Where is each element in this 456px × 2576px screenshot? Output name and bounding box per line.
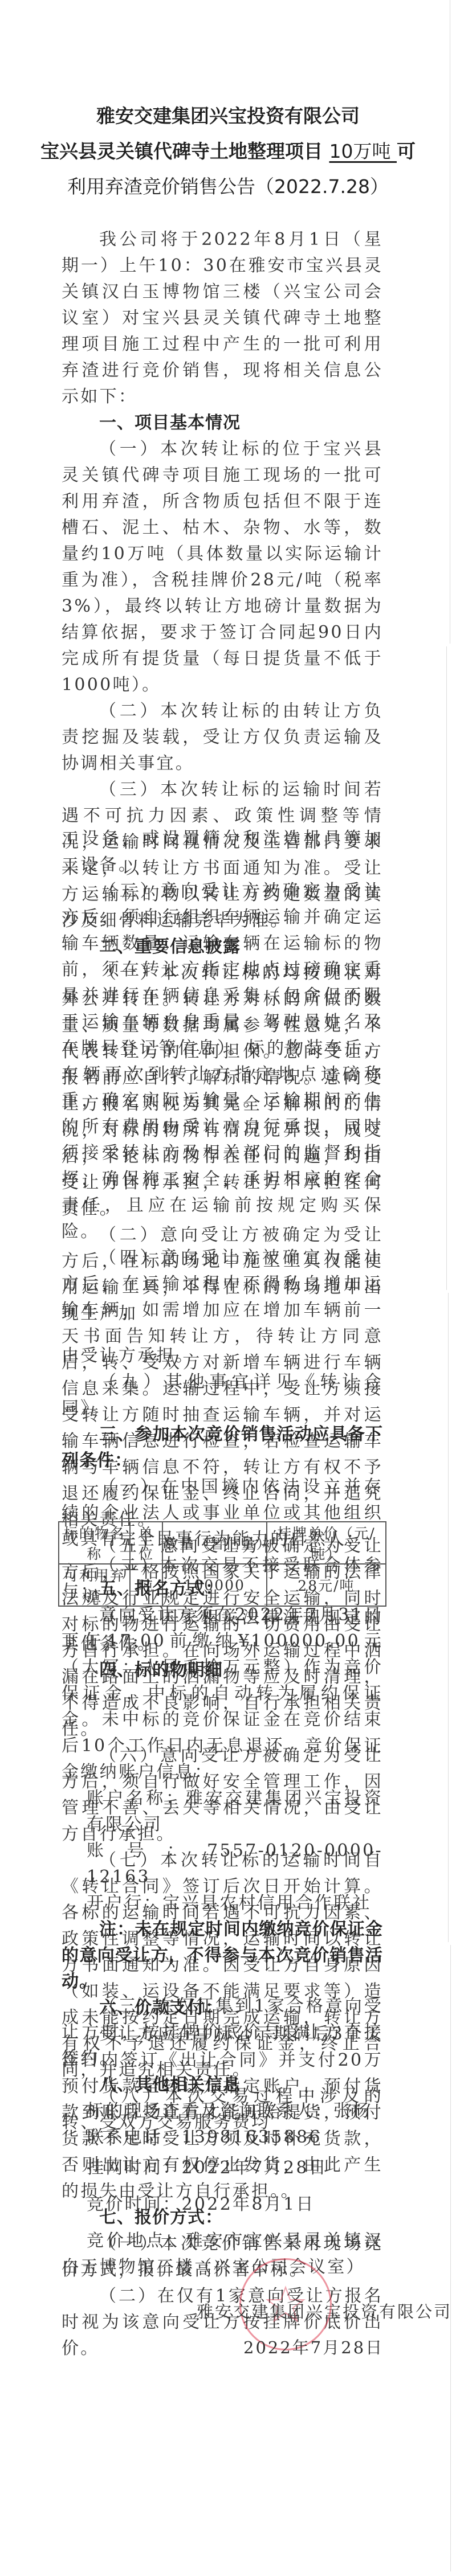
section-1-item-2: （二）本次转让标的由转让方负责挖掘及装载，受让方仅负责运输及协调相关事宜。 [62,698,383,777]
bank-name: 开户行：宝兴县农村信用合作联社 [62,1890,383,1916]
contact-phone: 联系电话：13981635886 [62,2124,383,2151]
section-5-heading: 五、报名方式： [62,1576,383,1602]
section-5-note: 注：未在规定时间内缴纳竞价保证金的意向受让方，不得参与本次竞价销售活动。 [62,1916,383,1995]
table-header-cell: 数量（暂估量） [162,1522,267,1564]
section-2-item-2-part-2: 工设备，或设置筛分和洗选机具等加工设备。 [62,826,383,878]
section-1-heading: 一、项目基本情况 [62,410,383,436]
title-line-3: 利用弃渣竞价销售公告（2022.7.28） [0,172,456,199]
intro-paragraph: 我公司将于2022年8月1日（星期一）上午10：30在雅安市宝兴县灵关镇汉白玉博… [62,227,383,410]
table-header-cell: 挂牌单价（元/吨） [267,1522,386,1564]
section-7-item-3: （三）在仅征集到1家合格意向受让方时，按挂牌价底价与受让方直接签约。 [62,1993,383,2072]
contact-person: 标的现场查看及咨询联系人：张杨 [62,2098,383,2124]
section-8-heading: 八、其他相关信息 [62,2072,383,2098]
table-header-cell: 单位 [130,1522,162,1564]
page-edge [450,0,450,644]
bid-place: 竞价地点：雅安市宝兴县灵关镇汉白玉博物馆三楼（兴宝公司会议室） [62,2228,383,2280]
title-line-2-prefix: 宝兴县灵关镇代碑寺土地整理项目 [40,140,329,162]
title-line-1: 雅安交建集团兴宝投资有限公司 [0,101,456,128]
section-1-item-1: （一）本次转让标的位于宝兴县灵关镇代碑寺项目施工现场的一批可利用弃渣，所含物质包… [62,436,383,698]
bid-time: 竞价时间：2022年8月1日 [62,2192,383,2218]
section-2-item-3: （三）意向受让方被确定为受让方后，须自行组织车辆运输并确定运输车辆数量。运输车辆… [62,878,383,1245]
page-edge [446,646,447,1290]
section-3-heading: 三、参加本次竞价销售活动应具备下列条件： [62,1422,383,1474]
page-edge [450,1945,451,2571]
title-line-2: 宝兴县灵关镇代碑寺土地整理项目 10万吨 可 [0,137,456,163]
section-2-item-8-part-2: 由受让方承担。 [62,1343,383,1369]
page4-body: （三）在仅征集到1家合格意向受让方时，按挂牌价底价与受让方直接签约。 八、其他相… [62,1993,383,2280]
table-header-row: 标的物名称 单位 数量（暂估量） 挂牌单价（元/吨） [59,1522,386,1564]
signature-company: 雅安交建集团兴宝投资有限公司 [197,2299,452,2323]
title-line-2-suffix: 可 [397,140,416,162]
table-header-cell: 标的物名称 [59,1522,130,1564]
section-2-item-9: （九）其他事宜详见《转让合同》。 [62,1369,383,1422]
signature-date: 2022年7月28日 [243,2335,384,2358]
title-quantity-underlined: 10万吨 [329,140,397,162]
post-time: 挂网时间：2022年7月28日 [62,2155,383,2181]
section-5-body: 意向受让方须在2022年7月31日下午17:00前缴纳¥100000.00元（大… [62,1602,383,1785]
account-name: 账户名称：雅安交建集团兴宝投资有限公司 [62,1785,383,1838]
account-number: 账号：7557-0120-0000-12163 [62,1838,383,1890]
page-edge [448,1293,449,1942]
